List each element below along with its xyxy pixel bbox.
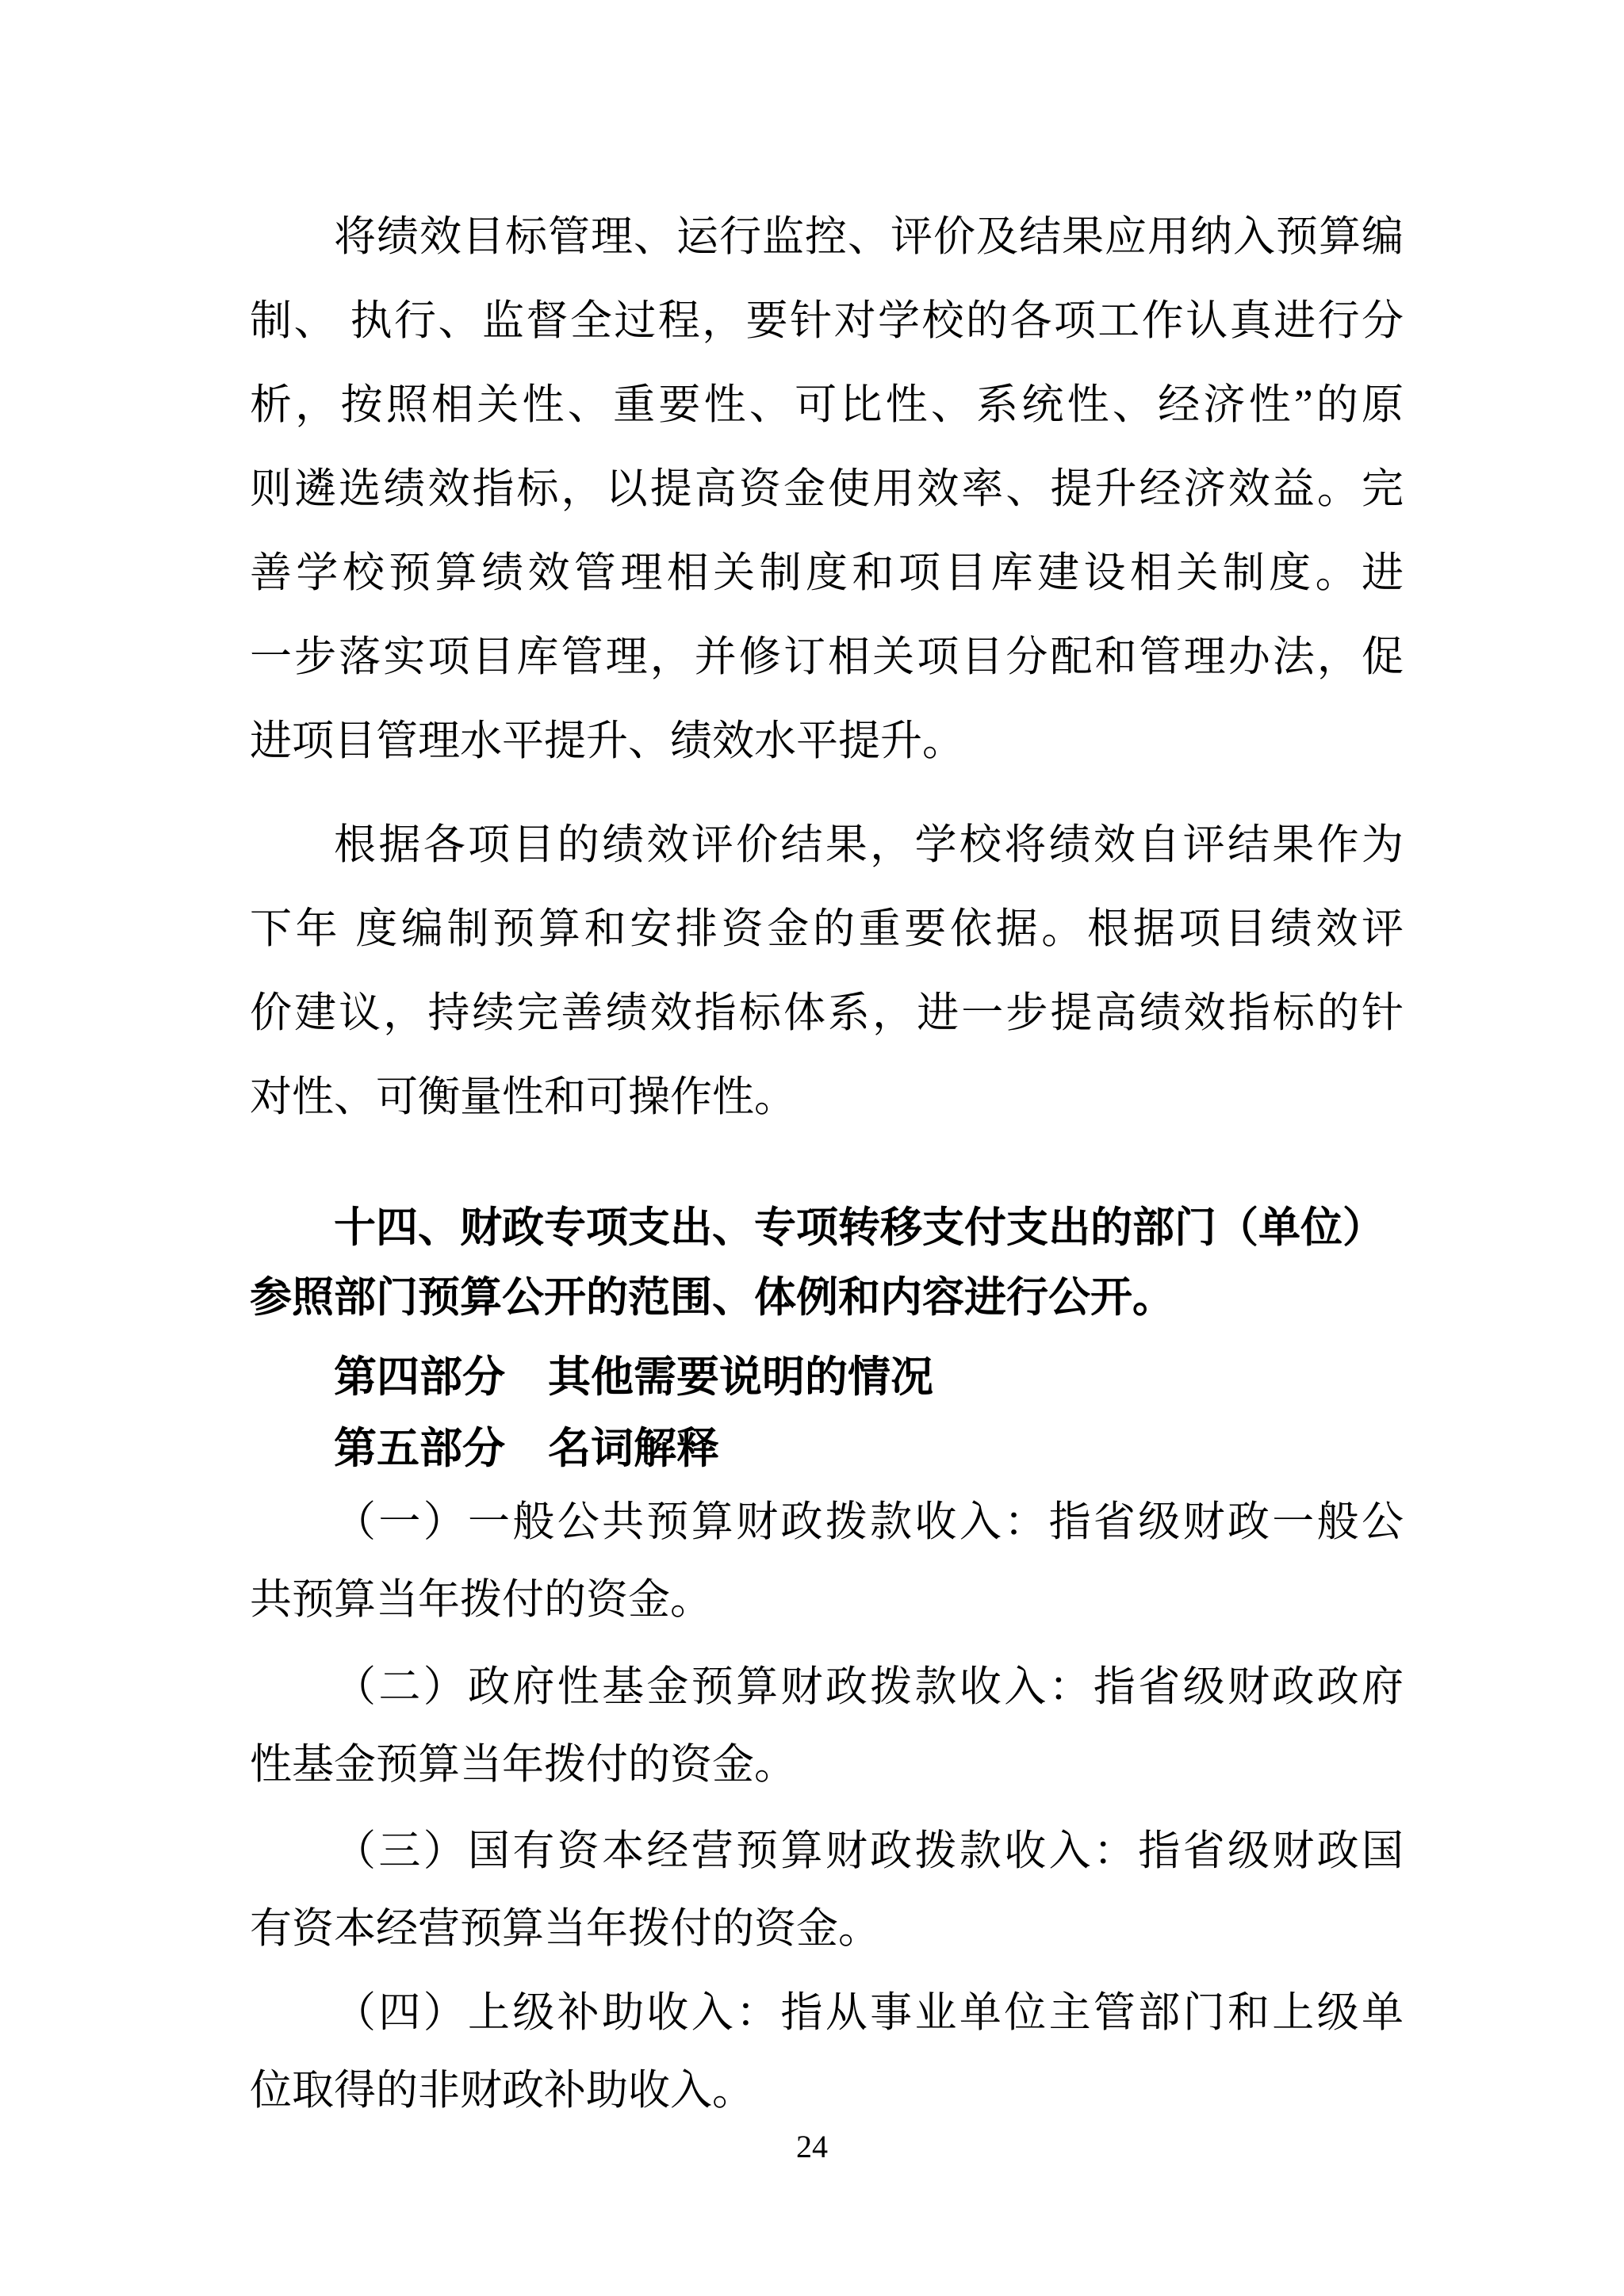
body-paragraph-evaluation-results: 根据各项目的绩效评价结果，学校将绩效自评结果作为 下年 度编制预算和安排资金的重… [250, 803, 1404, 1139]
text-line: 析，按照相关性、重要性、可比性、系统性、经济性”的原 [250, 363, 1404, 447]
text-line: 根据各项目的绩效评价结果，学校将绩效自评结果作为 [250, 803, 1404, 887]
section-heading-part5: 第五部分 名词解释 [250, 1414, 1404, 1483]
text-line: 进项目管理水平提升、绩效水平提升。 [250, 699, 1404, 783]
text-line: 对性、可衡量性和可操作性。 [250, 1055, 1404, 1139]
text-line: 将绩效目标管理、运行监控、评价及结果应用纳入预算编 [250, 195, 1404, 279]
text-line: 性基金预算当年拨付的资金。 [250, 1726, 1404, 1804]
text-line: （二）政府性基金预算财政拨款收入：指省级财政政府 [250, 1648, 1404, 1726]
text-line: 则遴选绩效指标，以提高资金使用效率、提升经济效益。完 [250, 447, 1404, 531]
text-line: 一步落实项目库管理，并修订相关项目分配和管理办法，促 [250, 615, 1404, 699]
text-line: （四）上级补助收入：指从事业单位主管部门和上级单 [250, 1974, 1404, 2052]
text-line: 参照部门预算公开的范围、体例和内容进行公开。 [250, 1263, 1404, 1333]
text-line: （三）国有资本经营预算财政拨款收入：指省级财政国 [250, 1812, 1404, 1890]
text-line: 价建议，持续完善绩效指标体系，进一步提高绩效指标的针 [250, 971, 1404, 1055]
bold-paragraph-item-14: 十四、财政专项支出、专项转移支付支出的部门（单位） 参照部门预算公开的范围、体例… [250, 1193, 1404, 1333]
text-line: 下年 度编制预算和安排资金的重要依据。根据项目绩效评 [250, 887, 1404, 971]
section-heading-part4: 第四部分 其他需要说明的情况 [250, 1342, 1404, 1412]
definition-paragraph-4: （四）上级补助收入：指从事业单位主管部门和上级单 位取得的非财政补助收入。 [250, 1974, 1404, 2130]
text-line: 有资本经营预算当年拨付的资金。 [250, 1890, 1404, 1968]
text-line: 制、 执行、监督全过程，要针对学校的各项工作认真进行分 [250, 279, 1404, 363]
document-page: 将绩效目标管理、运行监控、评价及结果应用纳入预算编 制、 执行、监督全过程，要针… [0, 0, 1624, 2296]
text-block: 将绩效目标管理、运行监控、评价及结果应用纳入预算编 制、 执行、监督全过程，要针… [250, 195, 1404, 2130]
definition-paragraph-1: （一）一般公共预算财政拨款收入：指省级财政一般公 共预算当年拨付的资金。 [250, 1483, 1404, 1639]
definition-paragraph-3: （三）国有资本经营预算财政拨款收入：指省级财政国 有资本经营预算当年拨付的资金。 [250, 1812, 1404, 1968]
text-line: 位取得的非财政补助收入。 [250, 2052, 1404, 2130]
body-paragraph-performance-management: 将绩效目标管理、运行监控、评价及结果应用纳入预算编 制、 执行、监督全过程，要针… [250, 195, 1404, 783]
definition-paragraph-2: （二）政府性基金预算财政拨款收入：指省级财政政府 性基金预算当年拨付的资金。 [250, 1648, 1404, 1804]
page-number: 24 [0, 2130, 1624, 2164]
text-line: 十四、财政专项支出、专项转移支付支出的部门（单位） [250, 1193, 1404, 1263]
text-line: （一）一般公共预算财政拨款收入：指省级财政一般公 [250, 1483, 1404, 1561]
text-line: 共预算当年拨付的资金。 [250, 1561, 1404, 1639]
text-line: 善学校预算绩效管理相关制度和项目库建设相关制度。进 [250, 531, 1404, 615]
